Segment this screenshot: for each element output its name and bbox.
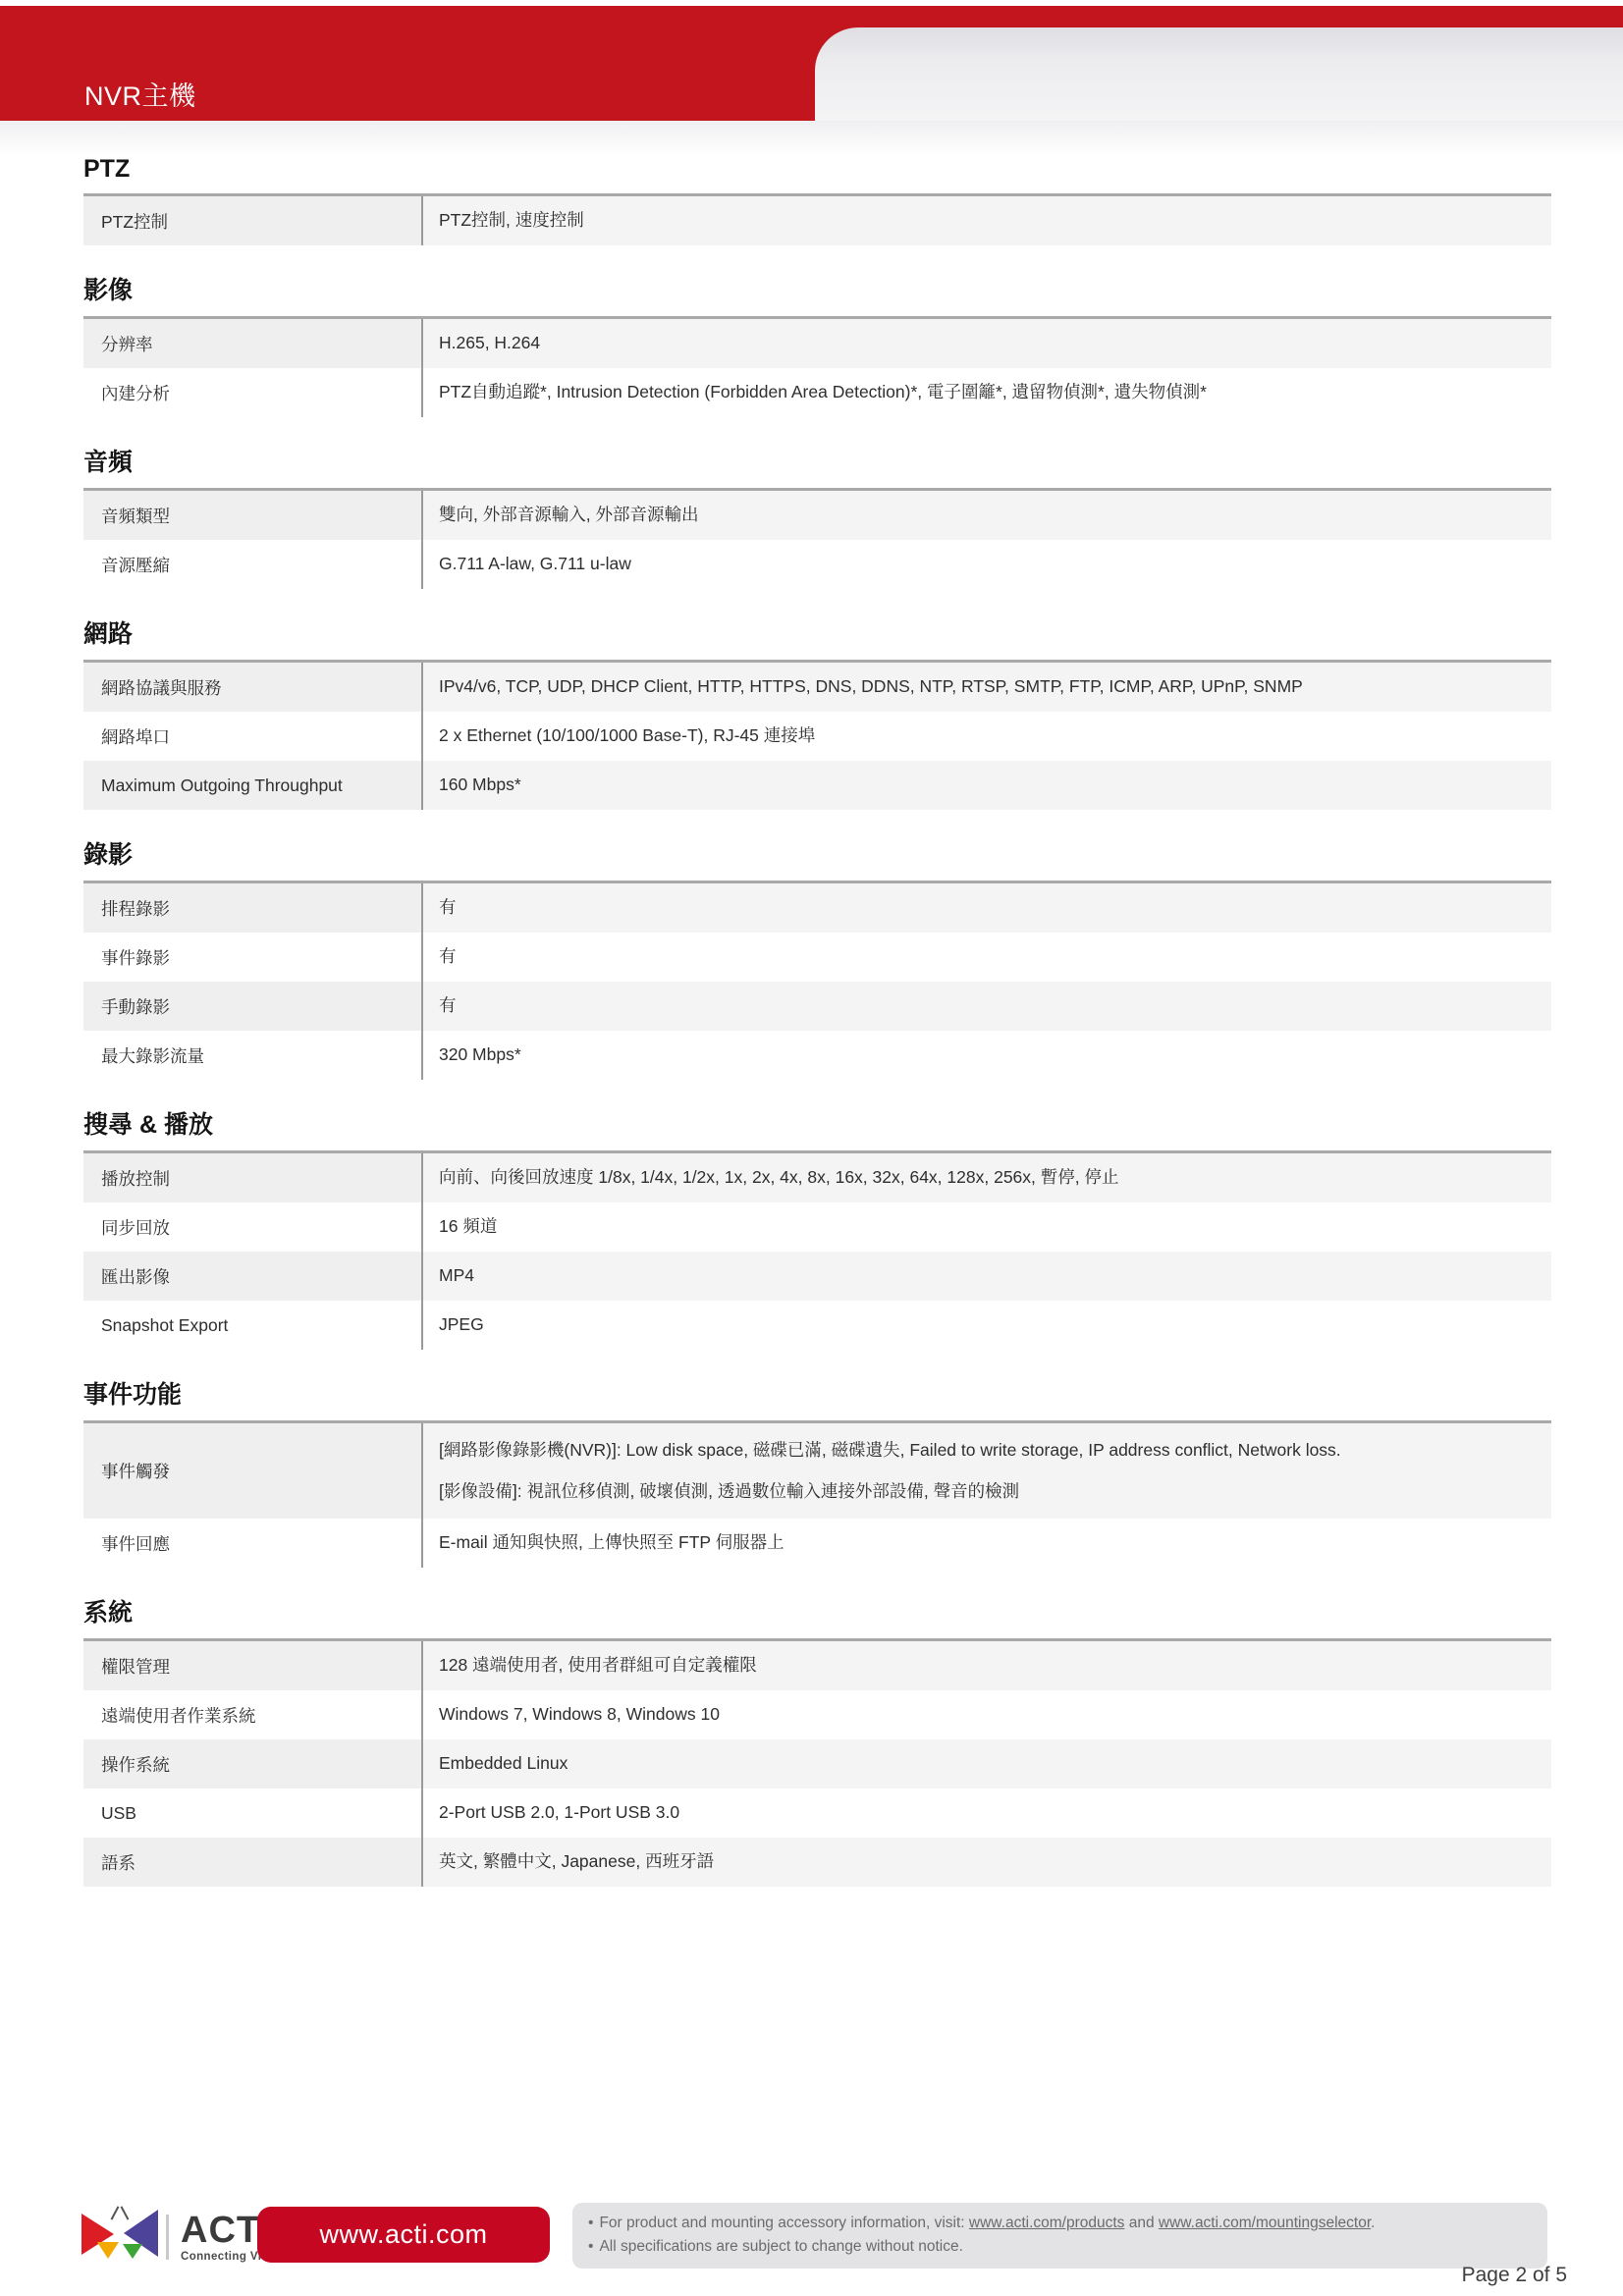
section-title: 搜尋 & 播放 (83, 1105, 1551, 1141)
note-bullet: • (588, 2238, 593, 2255)
website-button[interactable]: www.acti.com (257, 2207, 550, 2263)
row-label: 語系 (83, 1838, 421, 1887)
table-row: 音源壓縮G.711 A-law, G.711 u-law (83, 540, 1551, 589)
table-row: 最大錄影流量320 Mbps* (83, 1031, 1551, 1080)
table-row: 匯出影像MP4 (83, 1252, 1551, 1301)
row-label: Snapshot Export (83, 1301, 421, 1350)
table-row: 事件錄影有 (83, 933, 1551, 982)
row-label: 最大錄影流量 (83, 1031, 421, 1080)
row-label: 網路協議與服務 (83, 663, 421, 712)
row-value: 有 (421, 933, 1551, 982)
brand-logo: ACTi Connecting Vision (81, 2205, 287, 2269)
note-bullet: • (588, 2215, 593, 2231)
row-value: E-mail 通知與快照, 上傳快照至 FTP 伺服器上 (421, 1519, 1551, 1568)
logo-divider (166, 2215, 169, 2260)
row-label: Maximum Outgoing Throughput (83, 761, 421, 810)
row-value-line: [網路影像錄影機(NVR)]: Low disk space, 磁碟已滿, 磁碟… (439, 1439, 1341, 1463)
row-value: 16 頻道 (421, 1202, 1551, 1252)
page-title: NVR主機 (84, 75, 196, 113)
row-label: PTZ控制 (83, 196, 421, 245)
table-row: 排程錄影有 (83, 883, 1551, 933)
note-link[interactable]: www.acti.com/products (969, 2215, 1125, 2231)
row-label: 播放控制 (83, 1153, 421, 1202)
table-row: USB2-Port USB 2.0, 1-Port USB 3.0 (83, 1789, 1551, 1838)
table-row: 操作系統Embedded Linux (83, 1739, 1551, 1789)
spec-sections: PTZPTZ控制PTZ控制, 速度控制影像分辨率H.265, H.264內建分析… (83, 155, 1551, 1887)
page-indicator: Page 2 of 5 (1306, 2264, 1567, 2287)
row-label: 匯出影像 (83, 1252, 421, 1301)
row-label: 權限管理 (83, 1641, 421, 1690)
section-title: 影像 (83, 271, 1551, 306)
note-text: For product and mounting accessory infor… (599, 2215, 968, 2231)
row-value: JPEG (421, 1301, 1551, 1350)
note-text: All specifications are subject to change… (599, 2238, 963, 2255)
spec-table: 播放控制向前、向後回放速度 1/8x, 1/4x, 1/2x, 1x, 2x, … (83, 1150, 1551, 1350)
row-value: MP4 (421, 1252, 1551, 1301)
row-value: 160 Mbps* (421, 761, 1551, 810)
note-text: and (1124, 2215, 1158, 2231)
table-row: 手動錄影有 (83, 982, 1551, 1031)
logo-orange-wing (97, 2242, 119, 2259)
row-label: 分辨率 (83, 319, 421, 368)
spec-table: 音頻類型雙向, 外部音源輸入, 外部音源輸出音源壓縮G.711 A-law, G… (83, 488, 1551, 589)
spec-table: PTZ控制PTZ控制, 速度控制 (83, 193, 1551, 245)
row-value-line: [影像設備]: 視訊位移偵測, 破壞偵測, 透過數位輸入連接外部設備, 聲音的檢… (439, 1480, 1019, 1504)
row-value: PTZ控制, 速度控制 (421, 196, 1551, 245)
header-shadow (0, 121, 1623, 156)
butterfly-logo-icon (81, 2207, 158, 2268)
spec-table: 事件觸發[網路影像錄影機(NVR)]: Low disk space, 磁碟已滿… (83, 1420, 1551, 1568)
row-value: 320 Mbps* (421, 1031, 1551, 1080)
row-value: 有 (421, 883, 1551, 933)
spec-section: 事件功能事件觸發[網路影像錄影機(NVR)]: Low disk space, … (83, 1375, 1551, 1568)
row-value: PTZ自動追蹤*, Intrusion Detection (Forbidden… (421, 368, 1551, 417)
note-link[interactable]: www.acti.com/mountingselector (1159, 2215, 1371, 2231)
row-label: 事件觸發 (83, 1423, 421, 1519)
table-row: 網路埠口2 x Ethernet (10/100/1000 Base-T), R… (83, 712, 1551, 761)
section-title: 事件功能 (83, 1375, 1551, 1411)
section-title: 錄影 (83, 835, 1551, 871)
datasheet-page: NVR主機 PTZPTZ控制PTZ控制, 速度控制影像分辨率H.265, H.2… (0, 0, 1623, 2296)
row-label: 同步回放 (83, 1202, 421, 1252)
row-value: 2 x Ethernet (10/100/1000 Base-T), RJ-45… (421, 712, 1551, 761)
spec-section: 網路網路協議與服務IPv4/v6, TCP, UDP, DHCP Client,… (83, 614, 1551, 810)
table-row: PTZ控制PTZ控制, 速度控制 (83, 196, 1551, 245)
note-text: . (1371, 2215, 1375, 2231)
table-row: 同步回放16 頻道 (83, 1202, 1551, 1252)
spec-section: 系統權限管理128 遠端使用者, 使用者群組可自定義權限遠端使用者作業系統Win… (83, 1593, 1551, 1887)
row-label: 網路埠口 (83, 712, 421, 761)
spec-section: PTZPTZ控制PTZ控制, 速度控制 (83, 155, 1551, 245)
row-label: 手動錄影 (83, 982, 421, 1031)
table-row: 權限管理128 遠端使用者, 使用者群組可自定義權限 (83, 1641, 1551, 1690)
row-value: 2-Port USB 2.0, 1-Port USB 3.0 (421, 1789, 1551, 1838)
table-row: Snapshot ExportJPEG (83, 1301, 1551, 1350)
section-title: PTZ (83, 155, 1551, 184)
table-row: 網路協議與服務IPv4/v6, TCP, UDP, DHCP Client, H… (83, 663, 1551, 712)
row-value: 有 (421, 982, 1551, 1031)
row-label: 排程錄影 (83, 883, 421, 933)
row-label: 事件錄影 (83, 933, 421, 982)
spec-section: 音頻音頻類型雙向, 外部音源輸入, 外部音源輸出音源壓縮G.711 A-law,… (83, 443, 1551, 589)
table-row: 播放控制向前、向後回放速度 1/8x, 1/4x, 1/2x, 1x, 2x, … (83, 1153, 1551, 1202)
table-row: 事件回應E-mail 通知與快照, 上傳快照至 FTP 伺服器上 (83, 1519, 1551, 1568)
spec-section: 搜尋 & 播放播放控制向前、向後回放速度 1/8x, 1/4x, 1/2x, 1… (83, 1105, 1551, 1350)
row-label: USB (83, 1789, 421, 1838)
section-title: 網路 (83, 614, 1551, 650)
row-label: 音頻類型 (83, 491, 421, 540)
table-row: 事件觸發[網路影像錄影機(NVR)]: Low disk space, 磁碟已滿… (83, 1423, 1551, 1519)
row-value: 英文, 繁體中文, Japanese, 西班牙語 (421, 1838, 1551, 1887)
table-row: 遠端使用者作業系統Windows 7, Windows 8, Windows 1… (83, 1690, 1551, 1739)
header-corner-tab (815, 27, 1623, 122)
table-row: 分辨率H.265, H.264 (83, 319, 1551, 368)
logo-green-wing (123, 2244, 142, 2259)
row-value: [網路影像錄影機(NVR)]: Low disk space, 磁碟已滿, 磁碟… (421, 1423, 1551, 1519)
row-value: G.711 A-law, G.711 u-law (421, 540, 1551, 589)
row-value: 128 遠端使用者, 使用者群組可自定義權限 (421, 1641, 1551, 1690)
section-title: 系統 (83, 1593, 1551, 1629)
row-value: IPv4/v6, TCP, UDP, DHCP Client, HTTP, HT… (421, 663, 1551, 712)
row-label: 事件回應 (83, 1519, 421, 1568)
note-line: •All specifications are subject to chang… (588, 2235, 1532, 2259)
table-row: 音頻類型雙向, 外部音源輸入, 外部音源輸出 (83, 491, 1551, 540)
row-value: H.265, H.264 (421, 319, 1551, 368)
row-label: 操作系統 (83, 1739, 421, 1789)
spec-section: 錄影排程錄影有事件錄影有手動錄影有最大錄影流量320 Mbps* (83, 835, 1551, 1080)
table-row: 語系英文, 繁體中文, Japanese, 西班牙語 (83, 1838, 1551, 1887)
note-line: •For product and mounting accessory info… (588, 2212, 1532, 2235)
table-row: Maximum Outgoing Throughput160 Mbps* (83, 761, 1551, 810)
row-value: Embedded Linux (421, 1739, 1551, 1789)
row-value: 向前、向後回放速度 1/8x, 1/4x, 1/2x, 1x, 2x, 4x, … (421, 1153, 1551, 1202)
table-row: 內建分析PTZ自動追蹤*, Intrusion Detection (Forbi… (83, 368, 1551, 417)
spec-table: 權限管理128 遠端使用者, 使用者群組可自定義權限遠端使用者作業系統Windo… (83, 1638, 1551, 1887)
spec-table: 網路協議與服務IPv4/v6, TCP, UDP, DHCP Client, H… (83, 660, 1551, 810)
row-value: 雙向, 外部音源輸入, 外部音源輸出 (421, 491, 1551, 540)
spec-section: 影像分辨率H.265, H.264內建分析PTZ自動追蹤*, Intrusion… (83, 271, 1551, 417)
row-label: 遠端使用者作業系統 (83, 1690, 421, 1739)
spec-table: 分辨率H.265, H.264內建分析PTZ自動追蹤*, Intrusion D… (83, 316, 1551, 417)
row-value: Windows 7, Windows 8, Windows 10 (421, 1690, 1551, 1739)
spec-table: 排程錄影有事件錄影有手動錄影有最大錄影流量320 Mbps* (83, 881, 1551, 1080)
section-title: 音頻 (83, 443, 1551, 478)
row-label: 內建分析 (83, 368, 421, 417)
footer-notes: •For product and mounting accessory info… (572, 2203, 1547, 2269)
row-label: 音源壓縮 (83, 540, 421, 589)
